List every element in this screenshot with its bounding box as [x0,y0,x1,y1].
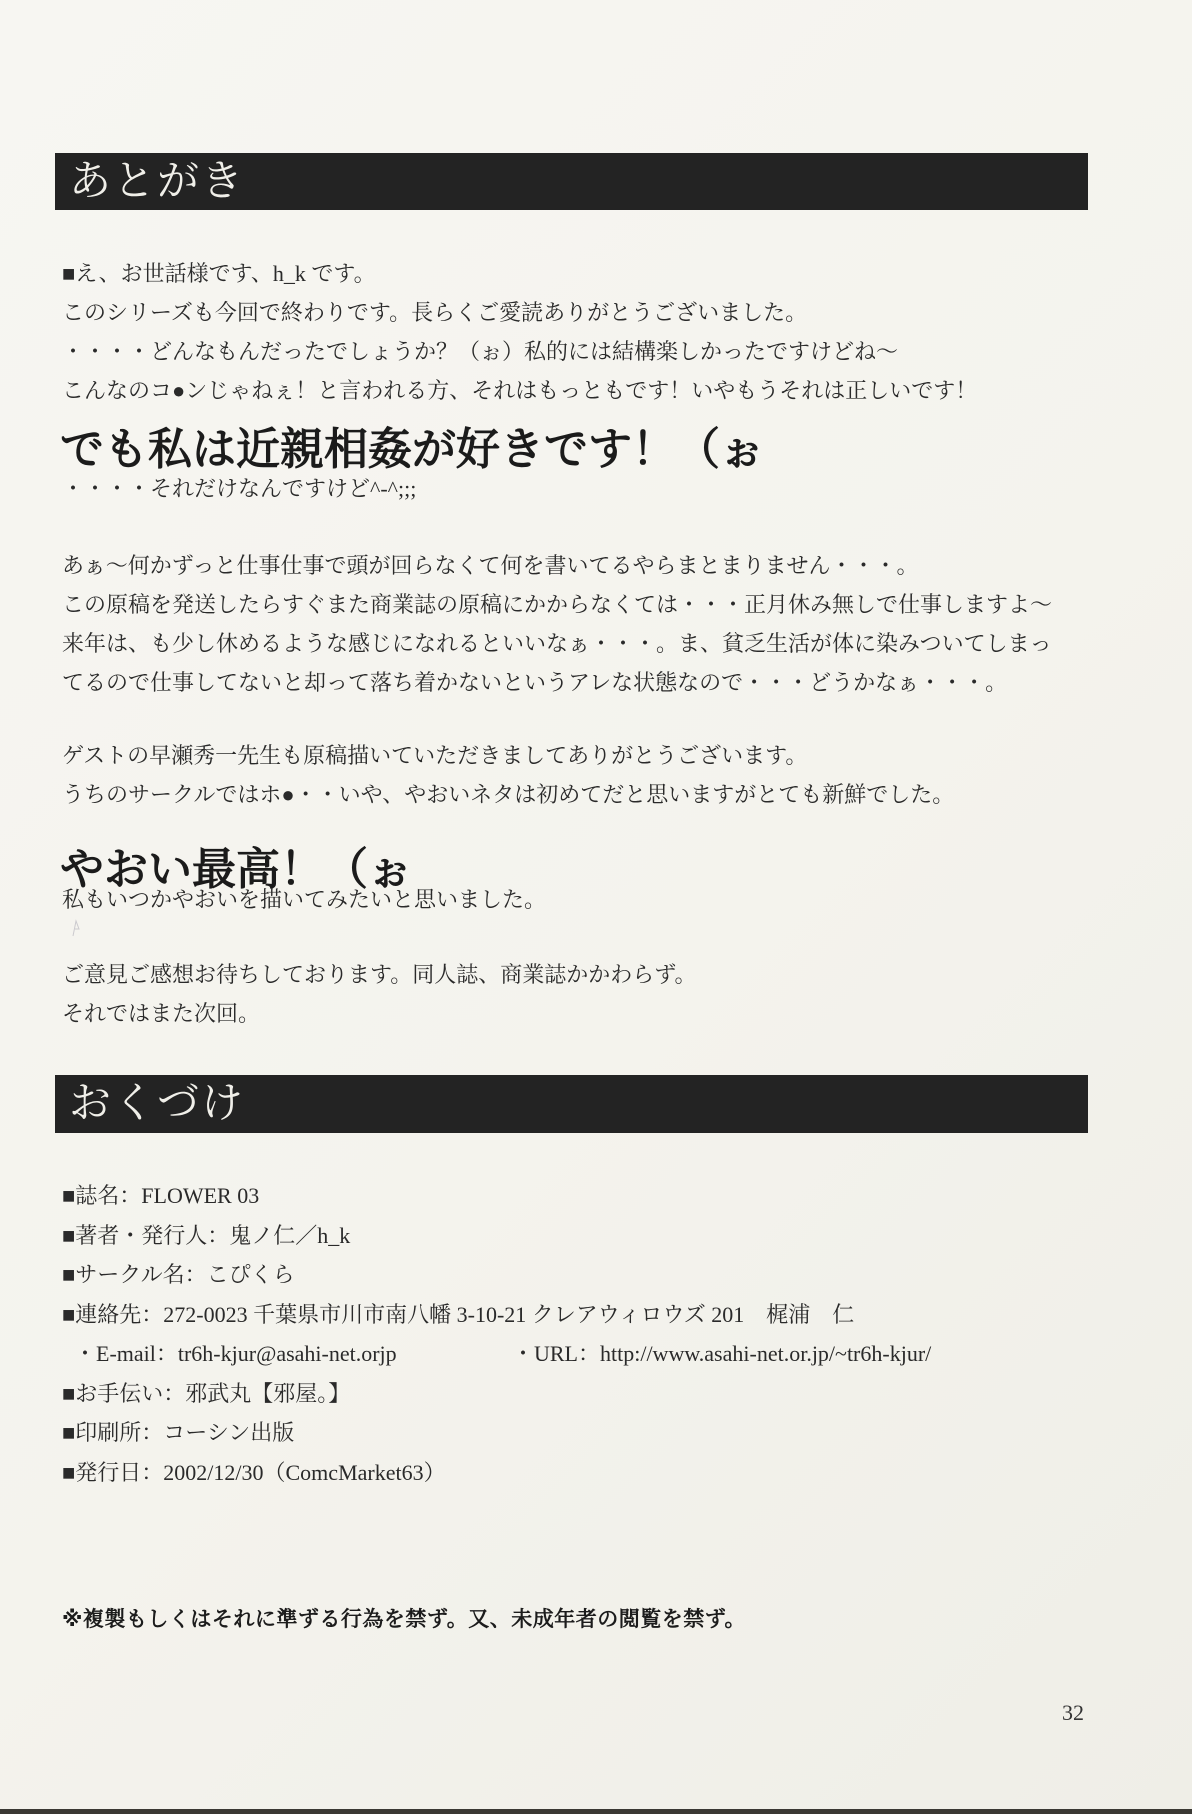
colophon-title-row: ■誌名：FLOWER 03 [62,1176,854,1216]
body-line: ・・・・どんなもんだったでしょうか？（ぉ）私的には結構楽しかったですけどね～ [62,332,977,371]
body-line: うちのサークルではホ●・・いや、やおいネタは初めてだと思いますがとても新鮮でした… [62,775,954,814]
afterword-paragraph-2: あぁ～何かずっと仕事仕事で頭が回らなくて何を書いてるやらまとまりません・・・。 … [62,546,1052,702]
body-line: この原稿を発送したらすぐまた商業誌の原稿にかからなくては・・・正月休み無しで仕事… [62,585,1052,624]
colophon-heading-bar: おくづけ [55,1075,1088,1133]
afterword-paragraph-1: ■え、お世話様です、h_k です。 このシリーズも今回で終わりです。長らくご愛読… [62,254,977,410]
body-line: このシリーズも今回で終わりです。長らくご愛読ありがとうございました。 [62,293,977,332]
afterword-heading-bar: あとがき [55,153,1088,210]
colophon-heading: おくづけ [69,1081,245,1127]
afterword-paragraph-5: ご意見ご感想お待ちしております。同人誌、商業誌かかわらず。 それではまた次回。 [62,955,696,1033]
reproduction-notice: ※複製もしくはそれに準ずる行為を禁ず。又、未成年者の閲覧を禁ず。 [62,1603,746,1633]
body-line: それではまた次回。 [62,994,696,1033]
email-text: ・E-mail：tr6h-kjur@asahi-net.orjp [74,1341,397,1366]
body-line: ゲストの早瀬秀一先生も原稿描いていただきましてありがとうございます。 [62,736,954,775]
afterword-paragraph-3: ゲストの早瀬秀一先生も原稿描いていただきましてありがとうございます。 うちのサー… [62,736,954,814]
colophon-circle-row: ■サークル名：こぴくら [62,1255,854,1295]
emphasis-line-incest: でも私は近親相姦が好きです！（ぉ [60,413,764,477]
page-number: 32 [1062,1700,1084,1726]
colophon-address-row: ■連絡先：272-0023 千葉県市川市南八幡 3-10-21 クレアウィロウズ… [62,1295,854,1335]
scan-bottom-edge [0,1809,1192,1814]
body-line: ご意見ご感想お待ちしております。同人誌、商業誌かかわらず。 [62,955,696,994]
colophon-contact-row: ・E-mail：tr6h-kjur@asahi-net.orjp ・URL：ht… [62,1334,854,1374]
afterword-heading: あとがき [69,159,245,205]
body-line: ・・・・それだけなんですけど^-^;;; [62,469,416,508]
colophon-pubdate-row: ■発行日：2002/12/30（ComcMarket63） [62,1453,854,1493]
colophon-helper-row: ■お手伝い：邪武丸【邪屋。】 [62,1374,854,1414]
body-line: あぁ～何かずっと仕事仕事で頭が回らなくて何を書いてるやらまとまりません・・・。 [62,546,1052,585]
colophon-list: ■誌名：FLOWER 03 ■著者・発行人：鬼ノ仁／h_k ■サークル名：こぴく… [62,1176,854,1492]
pencil-smudge-artifact [70,918,84,938]
afterword-paragraph-4: 私もいつかやおいを描いてみたいと思いました。 [62,880,546,919]
colophon-author-row: ■著者・発行人：鬼ノ仁／h_k [62,1216,854,1256]
colophon-printer-row: ■印刷所：コーシン出版 [62,1413,854,1453]
scanned-page: あとがき ■え、お世話様です、h_k です。 このシリーズも今回で終わりです。長… [0,0,1192,1814]
url-text: ・URL：http://www.asahi-net.or.jp/~tr6h-kj… [512,1334,931,1374]
body-line: ■え、お世話様です、h_k です。 [62,254,977,293]
body-line: てるので仕事してないと却って落ち着かないというアレな状態なので・・・どうかなぁ・… [62,663,1052,702]
body-line: こんなのコ●ンじゃねぇ！と言われる方、それはもっともです！いやもうそれは正しいで… [62,371,977,410]
body-line: 来年は、も少し休めるような感じになれるといいなぁ・・・。ま、貧乏生活が体に染みつ… [62,624,1052,663]
afterword-aside: ・・・・それだけなんですけど^-^;;; [62,469,416,508]
body-line: 私もいつかやおいを描いてみたいと思いました。 [62,880,546,919]
